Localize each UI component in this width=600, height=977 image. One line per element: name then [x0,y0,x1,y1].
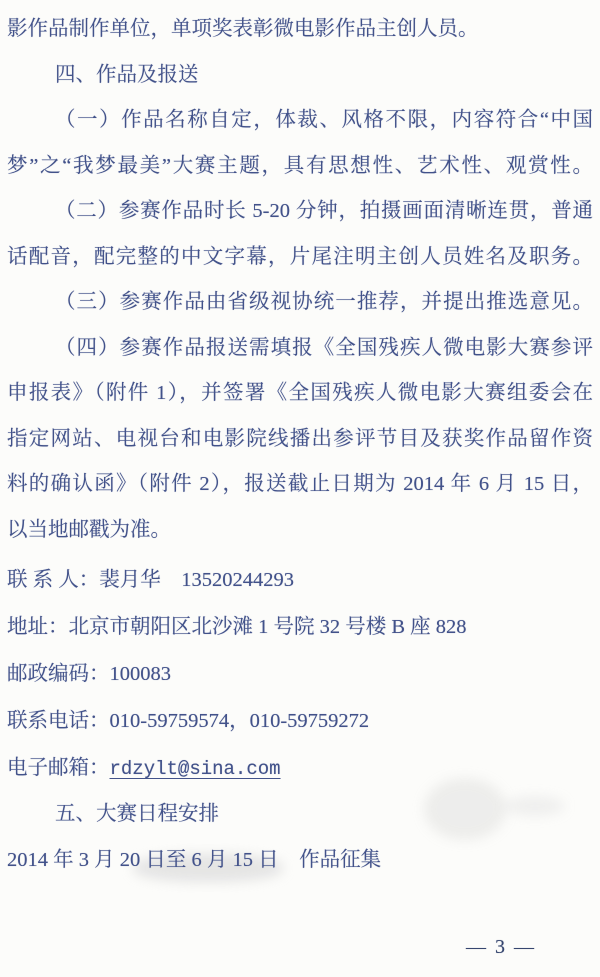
contact-address-label: 地址： [7,616,69,638]
schedule-line: 2014 年 3 月 20 日至 6 月 15 日 作品征集 [7,838,593,884]
contact-postcode-line: 邮政编码：100083 [7,651,593,698]
contact-phone-label: 联系电话： [7,710,110,732]
paragraph-continuation-line: 影作品制作单位，单项奖表彰微电影作品主创人员。 [7,7,593,53]
contact-postcode-label: 邮政编码： [7,663,110,685]
item-3-line: （三）参赛作品由省级视协统一推荐，并提出推选意见。 [7,280,593,326]
contact-address-value: 北京市朝阳区北沙滩 1 号院 32 号楼 B 座 828 [69,616,467,638]
contact-person-value: 裴月华 13520244293 [99,569,294,591]
section-5-heading: 五、大赛日程安排 [7,792,593,838]
contact-phone-line: 联系电话：010-59759574，010-59759272 [7,698,593,745]
item-4-line: 以当地邮戳为准。 [7,508,593,554]
contact-phone-value: 010-59759574，010-59759272 [110,710,370,732]
document-body: 影作品制作单位，单项奖表彰微电影作品主创人员。 四、作品及报送 （一）作品名称自… [7,7,593,883]
item-1-line: 梦”之“我梦最美”大赛主题，具有思想性、艺术性、观赏性。 [7,144,593,190]
item-4-line: 申报表》（附件 1），并签署《全国残疾人微电影大赛组委会在 [7,371,593,417]
contact-address-line: 地址：北京市朝阳区北沙滩 1 号院 32 号楼 B 座 828 [7,604,593,651]
contact-postcode-value: 100083 [110,663,172,685]
item-4-line: 指定网站、电视台和电影院线播出参评节目及获奖作品留作资 [7,417,593,463]
contact-email-line: 电子邮箱：rdzylt@sina.com [7,745,593,792]
item-2-line: （二）参赛作品时长 5-20 分钟，拍摄画面清晰连贯，普通 [7,189,593,235]
scanned-document-page: 影作品制作单位，单项奖表彰微电影作品主创人员。 四、作品及报送 （一）作品名称自… [0,0,600,977]
contact-person-line: 联 系 人：裴月华 13520244293 [7,557,593,604]
item-4-line: 料的确认函》（附件 2），报送截止日期为 2014 年 6 月 15 日， [7,462,593,508]
item-4-line: （四）参赛作品报送需填报《全国残疾人微电影大赛参评 [7,326,593,372]
item-1-line: （一）作品名称自定，体裁、风格不限，内容符合“中国 [7,98,593,144]
item-2-line: 话配音，配完整的中文字幕，片尾注明主创人员姓名及职务。 [7,235,593,281]
page-number: — 3 — [466,936,536,959]
contact-person-label: 联 系 人： [7,569,99,591]
email-address: rdzylt@sina.com [110,758,281,780]
contact-email-label: 电子邮箱： [7,757,110,779]
section-4-heading: 四、作品及报送 [7,53,593,99]
